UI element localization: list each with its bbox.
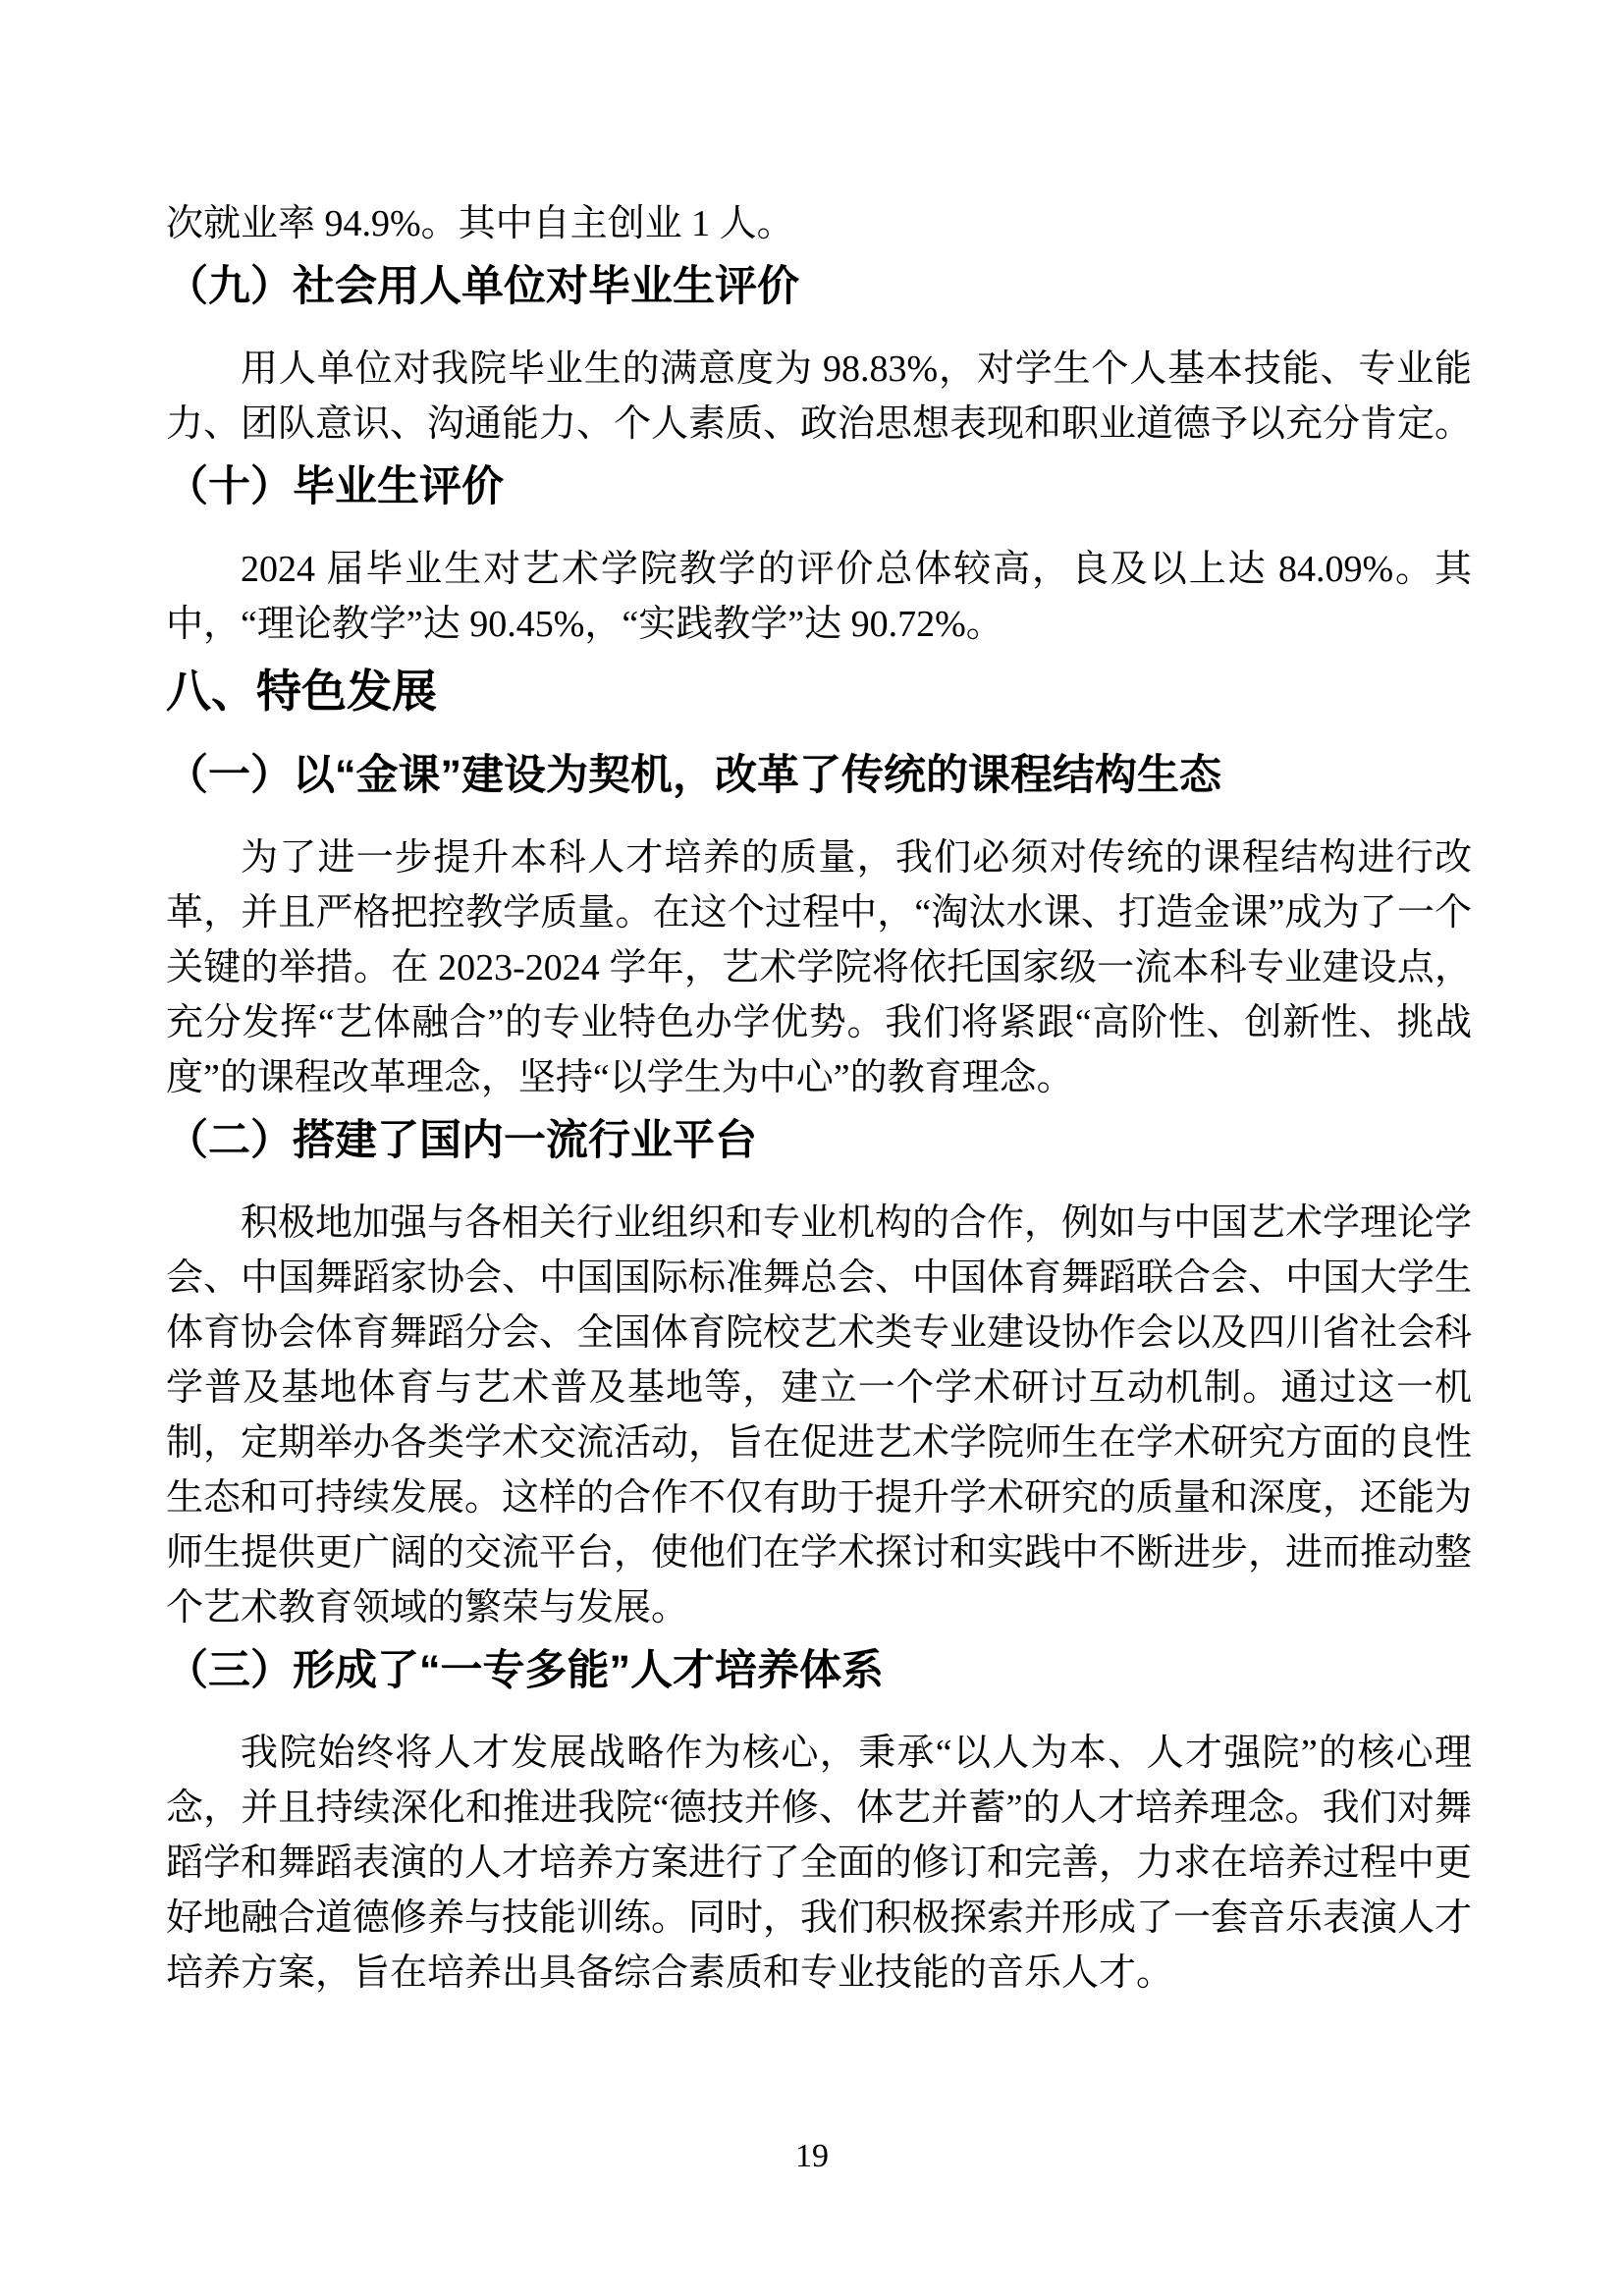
section-heading-9: （九）社会用人单位对毕业生评价 (166, 259, 1472, 314)
document-page: 次就业率 94.9%。其中自主创业 1 人。 （九）社会用人单位对毕业生评价 用… (0, 0, 1624, 2296)
paragraph-golden-course: 为了进一步提升本科人才培养的质量，我们必须对传统的课程结构进行改革，并且严格把控… (166, 830, 1472, 1105)
page-number: 19 (0, 2137, 1624, 2176)
paragraph-talent-system: 我院始终将人才发展战略作为核心，秉承“以人为本、人才强院”的核心理念，并且持续深… (166, 1726, 1472, 2001)
chapter-heading-8: 八、特色发展 (166, 662, 1472, 721)
paragraph-employer-evaluation: 用人单位对我院毕业生的满意度为 98.83%，对学生个人基本技能、专业能力、团队… (166, 342, 1472, 452)
paragraph-graduate-evaluation: 2024 届毕业生对艺术学院教学的评价总体较高，良及以上达 84.09%。其中，… (166, 542, 1472, 652)
subsection-heading-3: （三）形成了“一专多能”人才培养体系 (166, 1643, 1472, 1698)
body-continuation-line: 次就业率 94.9%。其中自主创业 1 人。 (166, 196, 1472, 251)
subsection-heading-1: （一）以“金课”建设为契机，改革了传统的课程结构生态 (166, 748, 1472, 803)
subsection-heading-2: （二）搭建了国内一流行业平台 (166, 1113, 1472, 1168)
paragraph-industry-platform: 积极地加强与各相关行业组织和专业机构的合作，例如与中国艺术学理论学会、中国舞蹈家… (166, 1196, 1472, 1635)
section-heading-10: （十）毕业生评价 (166, 459, 1472, 514)
